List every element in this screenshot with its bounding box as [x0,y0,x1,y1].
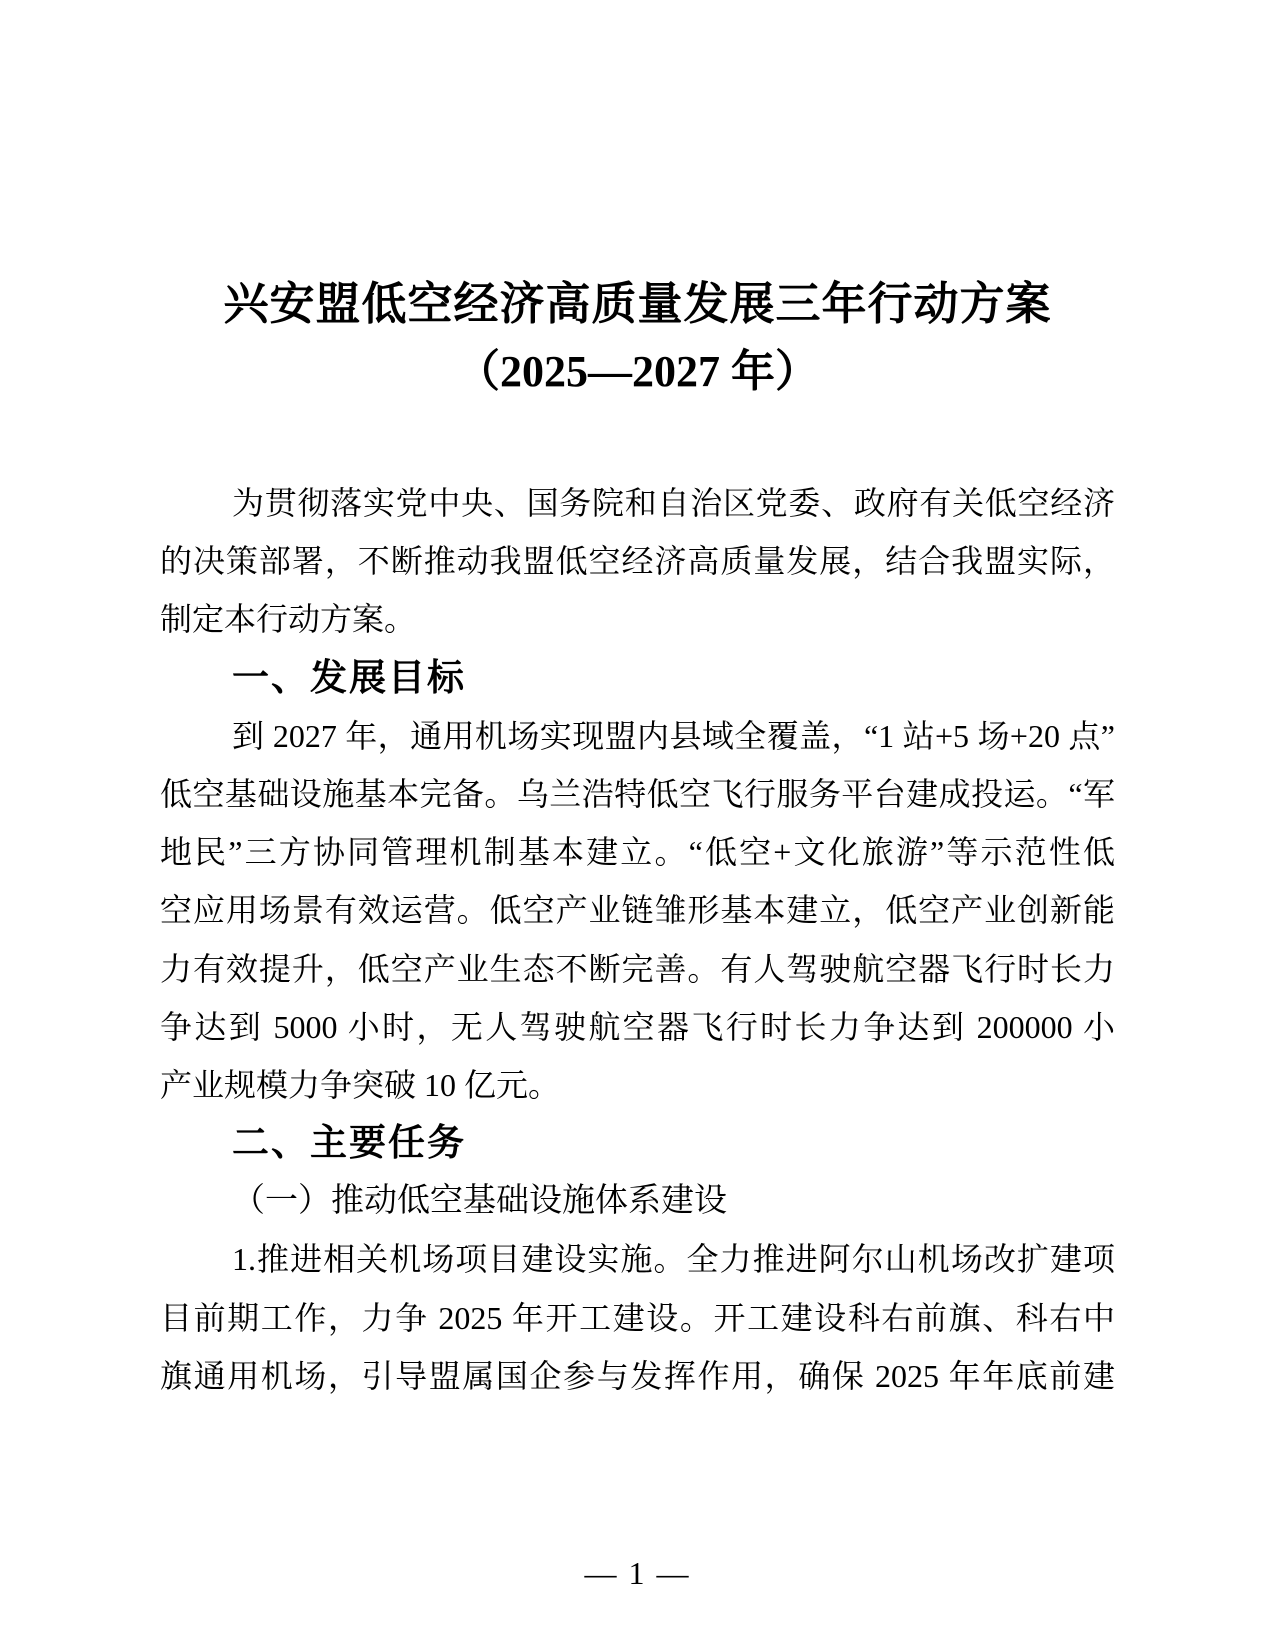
body-line-6: 低空基础设施基本完备。乌兰浩特低空飞行服务平台建成投运。“军 [160,765,1115,823]
body-line-14: 1.推进相关机场项目建设实施。全力推进阿尔山机场改扩建项 [160,1230,1115,1288]
body-line-9: 力有效提升，低空产业生态不断完善。有人驾驶航空器飞行时长力 [160,940,1115,998]
document-title: 兴安盟低空经济高质量发展三年行动方案 [0,272,1275,336]
heading-section-1: 一、发展目标 [160,649,1115,707]
body-line-1: 为贯彻落实党中央、国务院和自治区党委、政府有关低空经济 [160,474,1115,532]
page-number: — 1 — [0,1552,1275,1594]
body-line-5: 到 2027 年，通用机场实现盟内县域全覆盖，“1 站+5 场+20 点” [160,707,1115,765]
heading-subsection-1: （一）推动低空基础设施体系建设 [160,1172,1115,1230]
body-line-3: 制定本行动方案。 [160,590,1115,648]
body-line-16: 旗通用机场，引导盟属国企参与发挥作用，确保 2025 年年底前建 [160,1347,1115,1405]
heading-section-2: 二、主要任务 [160,1114,1115,1172]
body-line-15: 目前期工作，力争 2025 年开工建设。开工建设科右前旗、科右中 [160,1289,1115,1347]
body-line-11: 产业规模力争突破 10 亿元。 [160,1056,1115,1114]
document-page: 兴安盟低空经济高质量发展三年行动方案 （2025—2027 年） 为贯彻落实党中… [0,0,1275,1650]
document-title-years: （2025—2027 年） [0,340,1275,404]
body-line-2: 的决策部署，不断推动我盟低空经济高质量发展，结合我盟实际， [160,532,1115,590]
body-line-7: 地民”三方协同管理机制基本建立。“低空+文化旅游”等示范性低 [160,823,1115,881]
body-line-8: 空应用场景有效运营。低空产业链雏形基本建立，低空产业创新能 [160,881,1115,939]
body-line-10: 争达到 5000 小时，无人驾驶航空器飞行时长力争达到 200000 小时， [160,998,1115,1056]
document-body: 为贯彻落实党中央、国务院和自治区党委、政府有关低空经济 的决策部署，不断推动我盟… [160,474,1115,1405]
